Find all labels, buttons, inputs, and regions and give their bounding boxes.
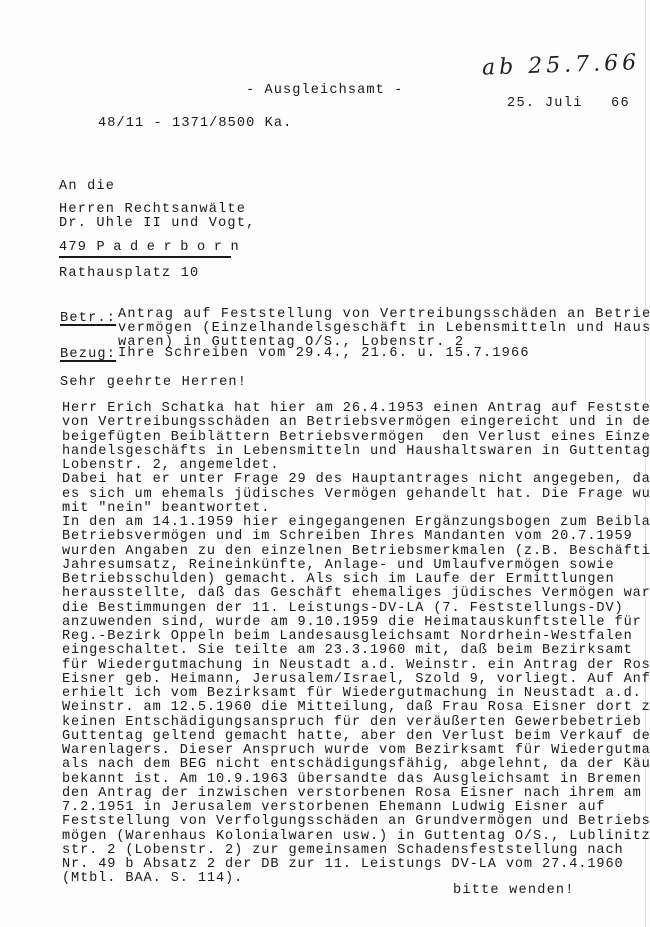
- body-line: Lobenstr. 2, angemeldet.: [62, 459, 279, 473]
- body-line: anzuwenden sind, wurde am 9.10.1959 die …: [62, 616, 650, 630]
- recipient-city-line: 479 Paderborn: [59, 241, 231, 258]
- handwritten-note: ab 25.7.66 Ka: [482, 48, 650, 80]
- body-line: str. 2 (Lobenstr. 2) zur gemeinsamen Sch…: [62, 844, 624, 858]
- reference-number: 48/11 - 1371/8500 Ka.: [98, 117, 292, 131]
- body-line: beigefügten Beiblättern Betriebsvermögen…: [62, 431, 650, 445]
- body-line: eingeschaltet. Sie teilte am 23.3.1960 m…: [62, 644, 633, 658]
- recipient-line-2: Dr. Uhle II und Vogt,: [59, 217, 256, 231]
- page-edge-line: [645, 0, 646, 927]
- body-line: es sich um ehemals jüdisches Vermögen ge…: [62, 488, 650, 502]
- body-line: 7.2.1951 in Jerusalem verstorbenen Ehema…: [62, 801, 605, 815]
- body-line: Weinstr. am 12.5.1960 die Mitteilung, da…: [62, 701, 650, 715]
- body-line: Betriebsvermögen und im Schreiben Ihres …: [62, 530, 633, 544]
- body-line: bekannt ist. Am 10.9.1963 übersandte das…: [62, 773, 642, 787]
- bezug-text: Ihre Schreiben vom 29.4., 21.6. u. 15.7.…: [118, 347, 530, 361]
- issuing-office: - Ausgleichsamt -: [246, 84, 403, 98]
- body-line: Herr Erich Schatka hat hier am 26.4.1953…: [62, 402, 650, 416]
- body-line: die Bestimmungen der 11. Leistungs-DV-LA…: [62, 602, 624, 616]
- letter-date: 25. Juli 66: [507, 97, 630, 111]
- recipient-intro: An die: [59, 180, 115, 194]
- body-line: für Wiedergutmachung in Neustadt a.d. We…: [62, 659, 650, 673]
- body-line: Betriebsschulden) gemacht. Als sich im L…: [62, 573, 615, 587]
- body-line: herausstellte, daß das Geschäft ehemalig…: [62, 587, 650, 601]
- salutation: Sehr geehrte Herren!: [60, 376, 247, 390]
- bezug-label: Bezug:: [60, 348, 116, 362]
- recipient-city: Paderborn: [96, 240, 247, 255]
- body-line: keinen Entschädigungsanspruch für den ve…: [62, 716, 650, 730]
- body-line: den Antrag der inzwischen verstorbenen R…: [62, 787, 642, 801]
- body-line: von Vertreibungsschäden an Betriebsvermö…: [62, 416, 650, 430]
- body-line: Dabei hat er unter Frage 29 des Hauptant…: [62, 473, 650, 487]
- recipient-street: Rathausplatz 10: [59, 267, 199, 281]
- body-line: wurden Angaben zu den einzelnen Betriebs…: [62, 545, 650, 559]
- body-line: mit "nein" beantwortet.: [62, 502, 270, 516]
- recipient-postcode: 479: [59, 240, 87, 255]
- body-line: Eisner geb. Heimann, Jerusalem/Israel, S…: [62, 673, 650, 687]
- body-line: mögen (Warenhaus Kolonialwaren usw.) in …: [62, 830, 650, 844]
- body-line: handelsgeschäfts in Lebensmitteln und Ha…: [62, 445, 650, 459]
- body-line: als nach dem BEG nicht entschädigungsfäh…: [62, 758, 650, 772]
- body-line: Guttentag geltend gemacht hatte, aber de…: [62, 730, 650, 744]
- betr-label: Betr.:: [60, 312, 116, 326]
- letter-page: - Ausgleichsamt - ab 25.7.66 Ka 25. Juli…: [0, 0, 650, 927]
- body-line: erhielt ich vom Bezirksamt für Wiedergut…: [62, 687, 642, 701]
- body-line: Feststellung von Verfolgungsschäden an G…: [62, 815, 650, 829]
- turn-over-note: bitte wenden!: [453, 884, 575, 898]
- body-line: (Mtbl. BAA. S. 114).: [62, 872, 243, 886]
- body-line: Warenlagers. Dieser Anspruch wurde vom B…: [62, 744, 650, 758]
- body-line: Jahresumsatz, Reineinkünfte, Anlage- und…: [62, 559, 615, 573]
- body-line: Nr. 49 b Absatz 2 der DB zur 11. Leistun…: [62, 858, 624, 872]
- body-line: In den am 14.1.1959 hier eingegangenen E…: [62, 516, 650, 530]
- body-line: Reg.-Bezirk Oppeln beim Landesausgleichs…: [62, 630, 633, 644]
